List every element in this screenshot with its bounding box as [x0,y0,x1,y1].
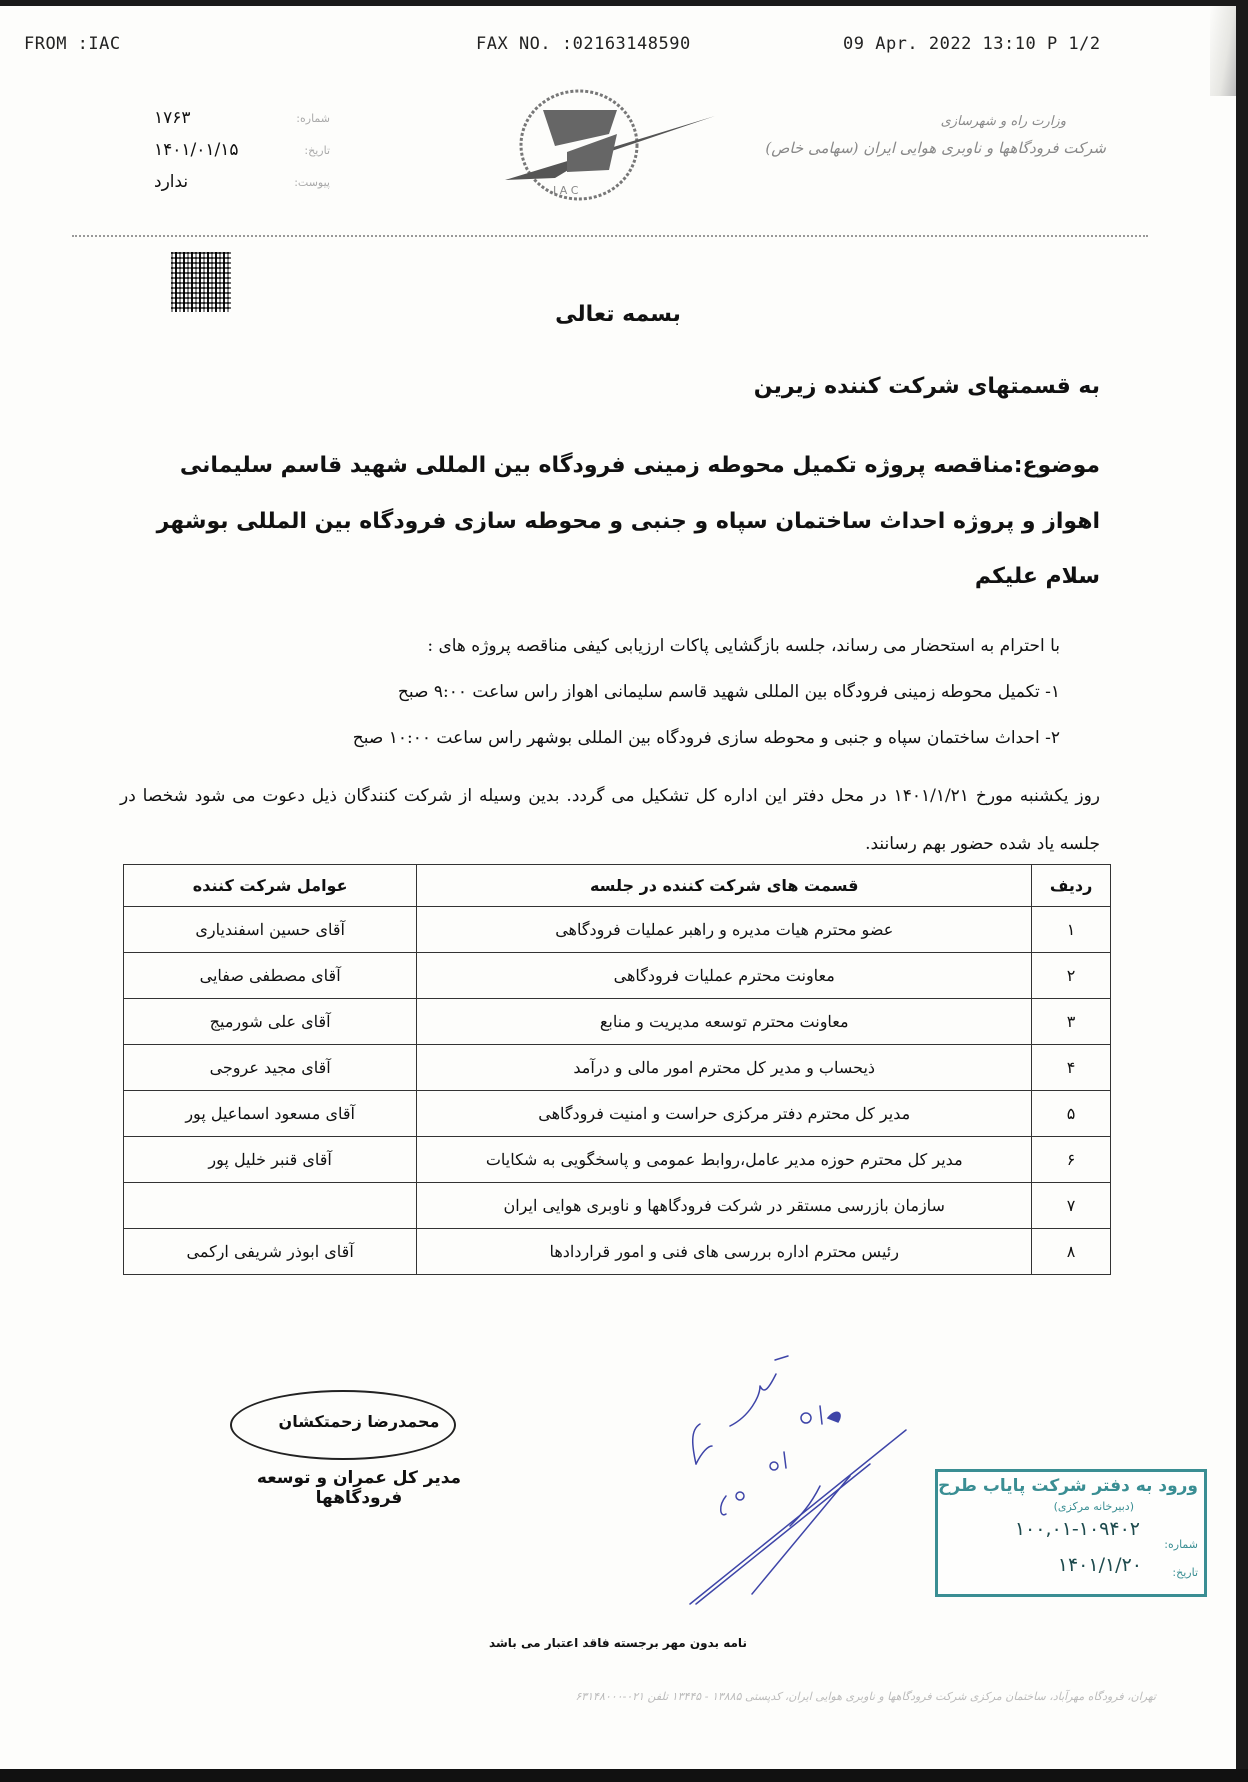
reference-number-row: شماره: ۱۷۶۳ [150,102,330,134]
stamp-number: ۱۰۰,۰۱-۱۰۹۴۰۲ [1015,1518,1140,1540]
handwritten-annotation-icon [660,1346,920,1606]
table-row: ۶ مدیر کل محترم حوزه مدیر عامل،روابط عمو… [124,1137,1111,1183]
reference-attachment-label: پیوست: [278,176,330,189]
representative: آقای ابوذر شریفی ارکمی [124,1229,417,1275]
ministry-name: وزارت راه و شهرسازی [765,114,1106,129]
stamp-date-label: تاریخ: [1172,1566,1198,1579]
greeting: سلام علیکم [975,564,1100,589]
signatory-name: محمدرضا زحمتکشان [214,1412,504,1431]
bismillah-heading: بسمه تعالی [0,302,1236,327]
addressee: به قسمتهای شرکت کننده زیرین [754,374,1100,399]
reference-number: ۱۷۶۳ [150,108,278,128]
scan-bottom-edge [0,1769,1248,1782]
receipt-stamp: ورود به دفتر شرکت پایاب طرح (دبیرخانه مر… [935,1469,1207,1597]
iac-logo-icon: I A C [505,88,715,203]
intro-paragraph: با احترام به استحضار می رساند، جلسه بازگ… [427,636,1060,656]
table-row: ۳ معاونت محترم توسعه مدیریت و منابع آقای… [124,999,1111,1045]
svg-text:I A C: I A C [553,184,579,197]
table-row: ۷ سازمان بازرسی مستقر در شرکت فرودگاهها … [124,1183,1111,1229]
participant-unit: رئیس محترم اداره بررسی های فنی و امور قر… [417,1229,1032,1275]
table-header-row: ردیف قسمت های شرکت کننده در جلسه عوامل ش… [124,865,1111,907]
organization-name: وزارت راه و شهرسازی شرکت فرودگاهها و ناو… [765,114,1106,157]
table-row: ۵ مدیر کل محترم دفتر مرکزی حراست و امنیت… [124,1091,1111,1137]
fax-datetime-page: 09 Apr. 2022 13:10 P 1/2 [843,34,1101,54]
reference-attachment: ندارد [150,172,278,192]
fax-page: FROM :IAC FAX NO. :02163148590 09 Apr. 2… [0,6,1236,1769]
row-number: ۴ [1032,1045,1111,1091]
table-row: ۲ معاونت محترم عملیات فرودگاهی آقای مصطف… [124,953,1111,999]
table-row: ۱ عضو محترم هیات مدیره و راهبر عملیات فر… [124,907,1111,953]
company-name: شرکت فرودگاهها و ناوبری هوایی ایران (سها… [765,139,1106,157]
representative: آقای علی شورمیج [124,999,417,1045]
row-number: ۲ [1032,953,1111,999]
representative [124,1183,417,1229]
header-participant-unit: قسمت های شرکت کننده در جلسه [417,865,1032,907]
participant-unit: ذیحساب و مدیر کل محترم امور مالی و درآمد [417,1045,1032,1091]
row-number: ۸ [1032,1229,1111,1275]
stamp-date: ۱۴۰۱/۱/۲۰ [1058,1554,1142,1576]
signature-block: محمدرضا زحمتکشان مدیر کل عمران و توسعه ف… [214,1390,504,1409]
reference-date: ۱۴۰۱/۰۱/۱۵ [150,140,278,160]
participant-unit: معاونت محترم توسعه مدیریت و منابع [417,999,1032,1045]
participant-unit: مدیر کل محترم حوزه مدیر عامل،روابط عمومی… [417,1137,1032,1183]
closing-paragraph: روز یکشنبه مورخ ۱۴۰۱/۱/۲۱ در محل دفتر ای… [120,772,1100,868]
stamp-number-label: شماره: [1164,1538,1198,1551]
project-item-1: ۱- تکمیل محوطه زمینی فرودگاه بین المللی … [398,682,1060,702]
footer-address: تهران، فرودگاه مهرآباد، ساختمان مرکزی شر… [196,1690,1156,1703]
participants-table: ردیف قسمت های شرکت کننده در جلسه عوامل ش… [123,864,1111,1275]
header-row-number: ردیف [1032,865,1111,907]
page-fold-corner [1210,6,1236,96]
fax-number: FAX NO. :02163148590 [476,34,691,54]
representative: آقای قنبر خلیل پور [124,1137,417,1183]
row-number: ۱ [1032,907,1111,953]
footer-validity-note: نامه بدون مهر برجسته فاقد اعتبار می باشد [0,1636,1236,1650]
reference-block: شماره: ۱۷۶۳ تاریخ: ۱۴۰۱/۰۱/۱۵ پیوست: ندا… [150,102,330,198]
fax-from: FROM :IAC [24,34,121,54]
reference-date-label: تاریخ: [278,144,330,157]
reference-number-label: شماره: [278,112,330,125]
row-number: ۷ [1032,1183,1111,1229]
row-number: ۵ [1032,1091,1111,1137]
representative: آقای حسین اسفندیاری [124,907,417,953]
project-item-2: ۲- احداث ساختمان سپاه و جنبی و محوطه ساز… [353,728,1060,748]
row-number: ۳ [1032,999,1111,1045]
table-row: ۸ رئیس محترم اداره بررسی های فنی و امور … [124,1229,1111,1275]
table-row: ۴ ذیحساب و مدیر کل محترم امور مالی و درآ… [124,1045,1111,1091]
stamp-subtitle: (دبیرخانه مرکزی) [1054,1500,1134,1513]
reference-date-row: تاریخ: ۱۴۰۱/۰۱/۱۵ [150,134,330,166]
header-representative: عوامل شرکت کننده [124,865,417,907]
reference-attachment-row: پیوست: ندارد [150,166,330,198]
representative: آقای مسعود اسماعیل پور [124,1091,417,1137]
participant-unit: مدیر کل محترم دفتر مرکزی حراست و امنیت ف… [417,1091,1032,1137]
signatory-title: مدیر کل عمران و توسعه فرودگاهها [214,1468,504,1508]
representative: آقای مصطفی صفایی [124,953,417,999]
stamp-title: ورود به دفتر شرکت پایاب طرح [938,1476,1198,1496]
row-number: ۶ [1032,1137,1111,1183]
participant-unit: عضو محترم هیات مدیره و راهبر عملیات فرود… [417,907,1032,953]
representative: آقای مجید عروجی [124,1045,417,1091]
participant-unit: معاونت محترم عملیات فرودگاهی [417,953,1032,999]
letterhead-divider [72,235,1148,237]
participant-unit: سازمان بازرسی مستقر در شرکت فرودگاهها و … [417,1183,1032,1229]
subject-line: موضوع:مناقصه پروژه تکمیل محوطه زمینی فرو… [116,438,1100,550]
